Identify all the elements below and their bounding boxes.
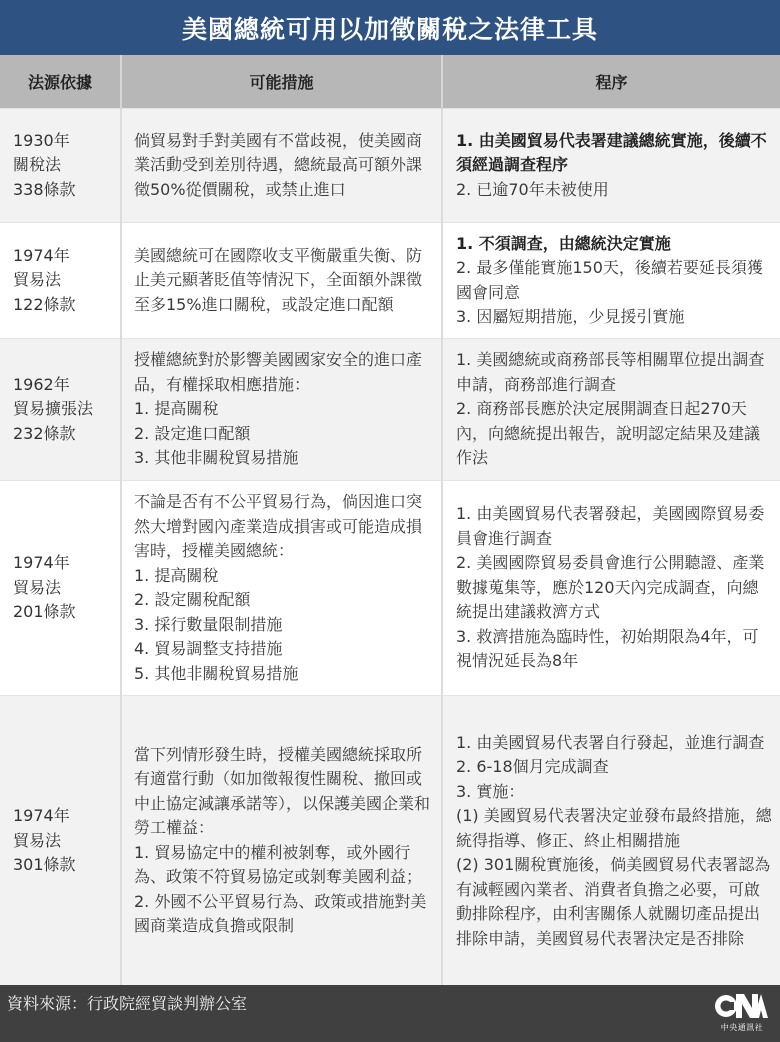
measure-text: 授權總統對於影響美國國家安全的進口產品，有權採取相應措施：	[134, 348, 431, 397]
measures-cell: 倘貿易對手對美國有不當歧視，使美國商業活動受到差別待遇，總統最高可額外課徵50%…	[121, 109, 442, 223]
measure-item: 2. 設定關稅配額	[134, 588, 431, 613]
law-year: 1974年	[13, 551, 110, 576]
law-section: 338條款	[13, 178, 110, 203]
law-year: 1974年	[13, 804, 110, 829]
cna-logo: 中央通訊社	[712, 990, 772, 1036]
procedure-item: 3. 救濟措施為臨時性，初始期限為4年，可視情況延長為8年	[456, 625, 772, 674]
measure-text: 當下列情形發生時，授權美國總統採取所有適當行動（如加徵報復性關稅、撤回或中止協定…	[134, 743, 431, 841]
law-name: 關稅法	[13, 153, 110, 178]
measure-item: 3. 採行數量限制措施	[134, 613, 431, 638]
footer: 資料來源：行政院經貿談判辦公室 中央通訊社	[0, 985, 780, 1042]
law-name: 貿易法	[13, 829, 110, 854]
measures-cell: 授權總統對於影響美國國家安全的進口產品，有權採取相應措施： 1. 提高關稅 2.…	[121, 339, 442, 481]
law-name: 貿易法	[13, 576, 110, 601]
procedure-cell: 1. 由美國貿易代表署發起，美國國際貿易委員會進行調查 2. 美國國際貿易委員會…	[442, 481, 780, 696]
column-header-legal-basis: 法源依據	[0, 55, 121, 109]
column-header-procedure: 程序	[442, 55, 780, 109]
legal-basis-cell: 1974年 貿易法 301條款	[0, 696, 121, 986]
legal-basis-cell: 1974年 貿易法 122條款	[0, 223, 121, 339]
table-row: 1974年 貿易法 201條款 不論是否有不公平貿易行為，倘因進口突然大增對國內…	[0, 481, 780, 696]
table-row: 1962年 貿易擴張法 232條款 授權總統對於影響美國國家安全的進口產品，有權…	[0, 339, 780, 481]
measures-cell: 當下列情形發生時，授權美國總統採取所有適當行動（如加徵報復性關稅、撤回或中止協定…	[121, 696, 442, 986]
measure-item: 5. 其他非關稅貿易措施	[134, 662, 431, 687]
cna-logo-subtitle: 中央通訊社	[712, 1022, 772, 1033]
procedure-cell: 1. 由美國貿易代表署建議總統實施，後續不須經過調查程序 2. 已逾70年未被使…	[442, 109, 780, 223]
law-name: 貿易擴張法	[13, 397, 110, 422]
law-section: 301條款	[13, 853, 110, 878]
procedure-cell: 1. 不須調查，由總統決定實施 2. 最多僅能實施150天，後續若要延長須獲國會…	[442, 223, 780, 339]
measure-text: 美國總統可在國際收支平衡嚴重失衡、防止美元顯著貶值等情況下，全面額外課徵至多15…	[134, 244, 431, 318]
procedure-item: 2. 商務部長應於決定展開調查日起270天內，向總統提出報告，說明認定結果及建議…	[456, 397, 772, 471]
legal-basis-cell: 1974年 貿易法 201條款	[0, 481, 121, 696]
measure-item: 2. 設定進口配額	[134, 422, 431, 447]
measure-item: 1. 提高關稅	[134, 397, 431, 422]
procedure-item: 1. 不須調查，由總統決定實施	[456, 232, 772, 257]
measure-item: 1. 貿易協定中的權利被剝奪，或外國行為、政策不符貿易協定或剝奪美國利益；	[134, 841, 431, 890]
procedure-item: 2. 已逾70年未被使用	[456, 178, 772, 203]
measure-item: 3. 其他非關稅貿易措施	[134, 446, 431, 471]
measure-item: 1. 提高關稅	[134, 564, 431, 589]
procedure-item: 1. 由美國貿易代表署建議總統實施，後續不須經過調查程序	[456, 129, 772, 178]
cna-logo-icon	[714, 990, 770, 1022]
law-year: 1930年	[13, 129, 110, 154]
procedure-item: 1. 由美國貿易代表署自行發起，並進行調查	[456, 731, 772, 756]
column-header-measures: 可能措施	[121, 55, 442, 109]
procedure-item: (2) 301關稅實施後，倘美國貿易代表署認為有減輕國內業者、消費者負擔之必要，…	[456, 853, 772, 951]
law-name: 貿易法	[13, 268, 110, 293]
table-row: 1974年 貿易法 122條款 美國總統可在國際收支平衡嚴重失衡、防止美元顯著貶…	[0, 223, 780, 339]
measure-item: 2. 外國不公平貿易行為、政策或措施對美國商業造成負擔或限制	[134, 890, 431, 939]
procedure-item: (1) 美國貿易代表署決定並發布最終措施，總統得指導、修正、終止相關措施	[456, 804, 772, 853]
measures-cell: 美國總統可在國際收支平衡嚴重失衡、防止美元顯著貶值等情況下，全面額外課徵至多15…	[121, 223, 442, 339]
procedure-cell: 1. 美國總統或商務部長等相關單位提出調查申請，商務部進行調查 2. 商務部長應…	[442, 339, 780, 481]
procedure-item: 3. 實施：	[456, 780, 772, 805]
procedure-cell: 1. 由美國貿易代表署自行發起，並進行調查 2. 6-18個月完成調查 3. 實…	[442, 696, 780, 986]
table-row: 1974年 貿易法 301條款 當下列情形發生時，授權美國總統採取所有適當行動（…	[0, 696, 780, 986]
law-year: 1962年	[13, 373, 110, 398]
legal-tools-table: 法源依據 可能措施 程序 1930年 關稅法 338條款 倘貿易對手對美國有不當…	[0, 55, 780, 986]
procedure-item: 1. 由美國貿易代表署發起，美國國際貿易委員會進行調查	[456, 502, 772, 551]
procedure-item: 2. 美國國際貿易委員會進行公開聽證、產業數據蒐集等，應於120天內完成調查，向…	[456, 551, 772, 625]
procedure-item: 2. 最多僅能實施150天，後續若要延長須獲國會同意	[456, 256, 772, 305]
measures-cell: 不論是否有不公平貿易行為，倘因進口突然大增對國內產業造成損害或可能造成損害時，授…	[121, 481, 442, 696]
law-section: 232條款	[13, 422, 110, 447]
source-credit: 資料來源：行政院經貿談判辦公室	[7, 991, 247, 1014]
legal-basis-cell: 1930年 關稅法 338條款	[0, 109, 121, 223]
law-section: 201條款	[13, 600, 110, 625]
legal-basis-cell: 1962年 貿易擴張法 232條款	[0, 339, 121, 481]
measure-item: 4. 貿易調整支持措施	[134, 637, 431, 662]
table-row: 1930年 關稅法 338條款 倘貿易對手對美國有不當歧視，使美國商業活動受到差…	[0, 109, 780, 223]
measure-text: 不論是否有不公平貿易行為，倘因進口突然大增對國內產業造成損害或可能造成損害時，授…	[134, 490, 431, 564]
law-year: 1974年	[13, 244, 110, 269]
table-header-row: 法源依據 可能措施 程序	[0, 55, 780, 109]
law-section: 122條款	[13, 293, 110, 318]
measure-text: 倘貿易對手對美國有不當歧視，使美國商業活動受到差別待遇，總統最高可額外課徵50%…	[134, 129, 431, 203]
procedure-item: 3. 因屬短期措施，少見援引實施	[456, 305, 772, 330]
procedure-item: 2. 6-18個月完成調查	[456, 755, 772, 780]
page-title: 美國總統可用以加徵關稅之法律工具	[0, 0, 780, 55]
procedure-item: 1. 美國總統或商務部長等相關單位提出調查申請，商務部進行調查	[456, 348, 772, 397]
